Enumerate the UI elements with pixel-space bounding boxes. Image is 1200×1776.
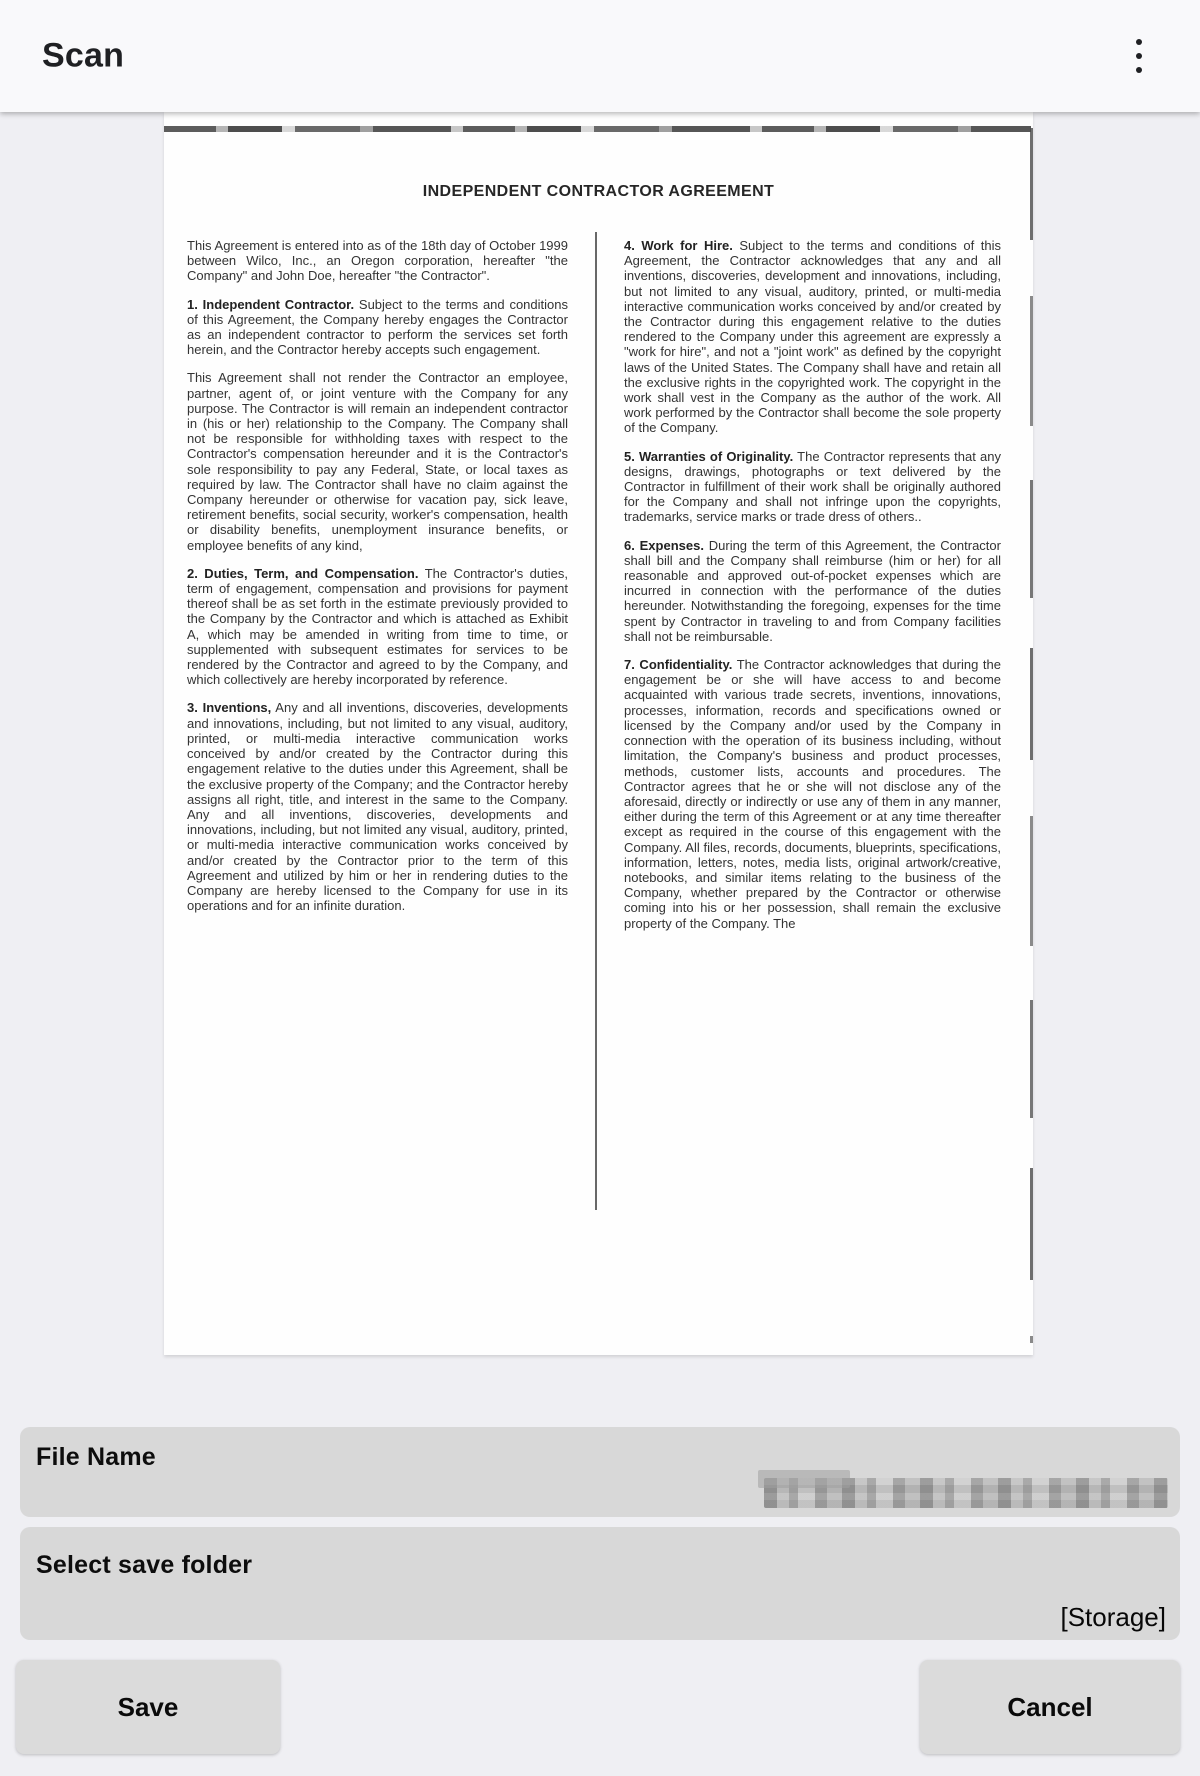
- document-paragraph: 5. Warranties of Originality. The Contra…: [624, 449, 1001, 525]
- save-button[interactable]: Save: [16, 1660, 280, 1754]
- document-left-column: This Agreement is entered into as of the…: [187, 238, 568, 1210]
- save-folder-field[interactable]: Select save folder [Storage]: [20, 1527, 1180, 1640]
- cancel-button[interactable]: Cancel: [920, 1660, 1180, 1754]
- document-columns: This Agreement is entered into as of the…: [187, 238, 1001, 1210]
- scan-preview-area: INDEPENDENT CONTRACTOR AGREEMENT This Ag…: [0, 112, 1200, 1427]
- column-divider-line: [595, 232, 597, 1210]
- document-paragraph: 3. Inventions, Any and all inventions, d…: [187, 700, 568, 913]
- document-paragraph: This Agreement is entered into as of the…: [187, 238, 568, 284]
- save-folder-value: [Storage]: [1060, 1602, 1166, 1633]
- document-paragraph: 2. Duties, Term, and Compensation. The C…: [187, 566, 568, 688]
- kebab-dot: [1136, 67, 1142, 73]
- scanned-document-page: INDEPENDENT CONTRACTOR AGREEMENT This Ag…: [164, 112, 1033, 1355]
- document-paragraph: 6. Expenses. During the term of this Agr…: [624, 538, 1001, 644]
- save-folder-label: Select save folder: [36, 1551, 252, 1580]
- document-paragraph: 7. Confidentiality. The Contractor ackno…: [624, 657, 1001, 931]
- document-paragraph: 4. Work for Hire. Subject to the terms a…: [624, 238, 1001, 436]
- scan-edge-artifact-right: [1030, 128, 1033, 1343]
- app-header: Scan: [0, 0, 1200, 112]
- document-title: INDEPENDENT CONTRACTOR AGREEMENT: [164, 183, 1033, 201]
- document-paragraph: 1. Independent Contractor. Subject to th…: [187, 297, 568, 358]
- file-name-field[interactable]: File Name: [20, 1427, 1180, 1517]
- document-right-column: 4. Work for Hire. Subject to the terms a…: [624, 238, 1001, 1210]
- kebab-dot: [1136, 53, 1142, 59]
- file-name-value-redacted: [764, 1478, 1168, 1508]
- overflow-menu-icon[interactable]: [1126, 31, 1152, 81]
- scan-edge-artifact-top: [164, 126, 1031, 132]
- page-title: Scan: [42, 37, 124, 76]
- file-name-label: File Name: [36, 1443, 156, 1472]
- kebab-dot: [1136, 39, 1142, 45]
- document-paragraph: This Agreement shall not render the Cont…: [187, 370, 568, 552]
